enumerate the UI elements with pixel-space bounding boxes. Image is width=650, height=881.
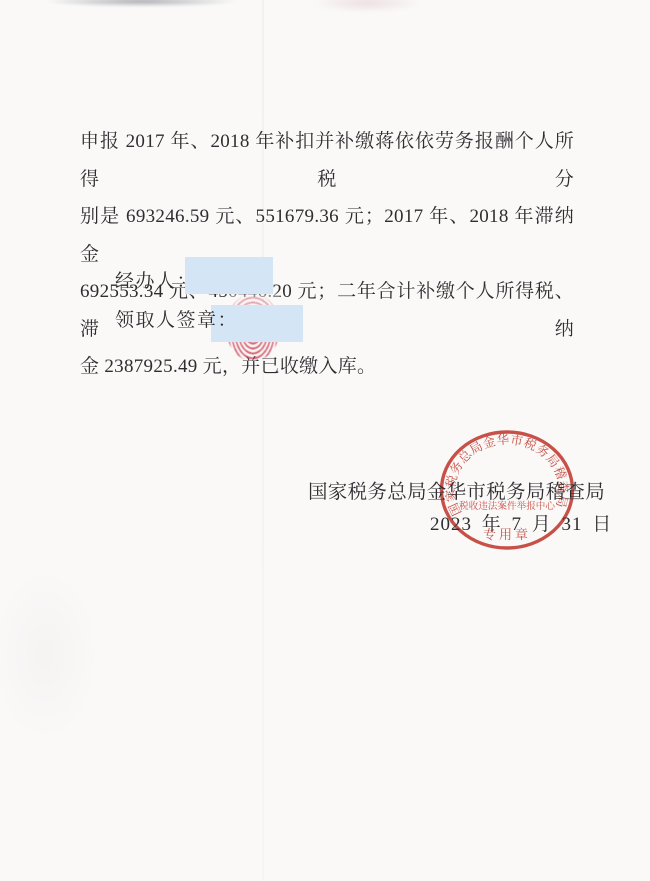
handler-label: 经办人：	[115, 266, 197, 293]
handler-redaction-box	[185, 257, 273, 294]
paragraph-line-4: 金 2387925.49 元，并已收缴入库。	[80, 348, 574, 386]
document-date: 2023 年 7 月 31 日	[430, 509, 612, 536]
paragraph-line-1: 申报 2017 年、2018 年补扣并补缴蒋依依劳务报酬个人所得税分	[80, 123, 574, 198]
scanned-document-page: 申报 2017 年、2018 年补扣并补缴蒋依依劳务报酬个人所得税分 别是 69…	[0, 0, 650, 881]
recipient-label: 领取人签章：	[115, 305, 238, 332]
issuer-name: 国家税务总局金华市税务局稽查局	[308, 476, 605, 504]
body-paragraph: 申报 2017 年、2018 年补扣并补缴蒋依依劳务报酬个人所得税分 别是 69…	[80, 123, 574, 386]
scan-shadow-bottom-left	[0, 565, 100, 745]
scan-smudge-top	[46, 0, 236, 7]
scan-smudge-top-right	[312, 0, 422, 12]
paragraph-line-2: 别是 693246.59 元、551679.36 元；2017 年、2018 年…	[80, 198, 574, 273]
